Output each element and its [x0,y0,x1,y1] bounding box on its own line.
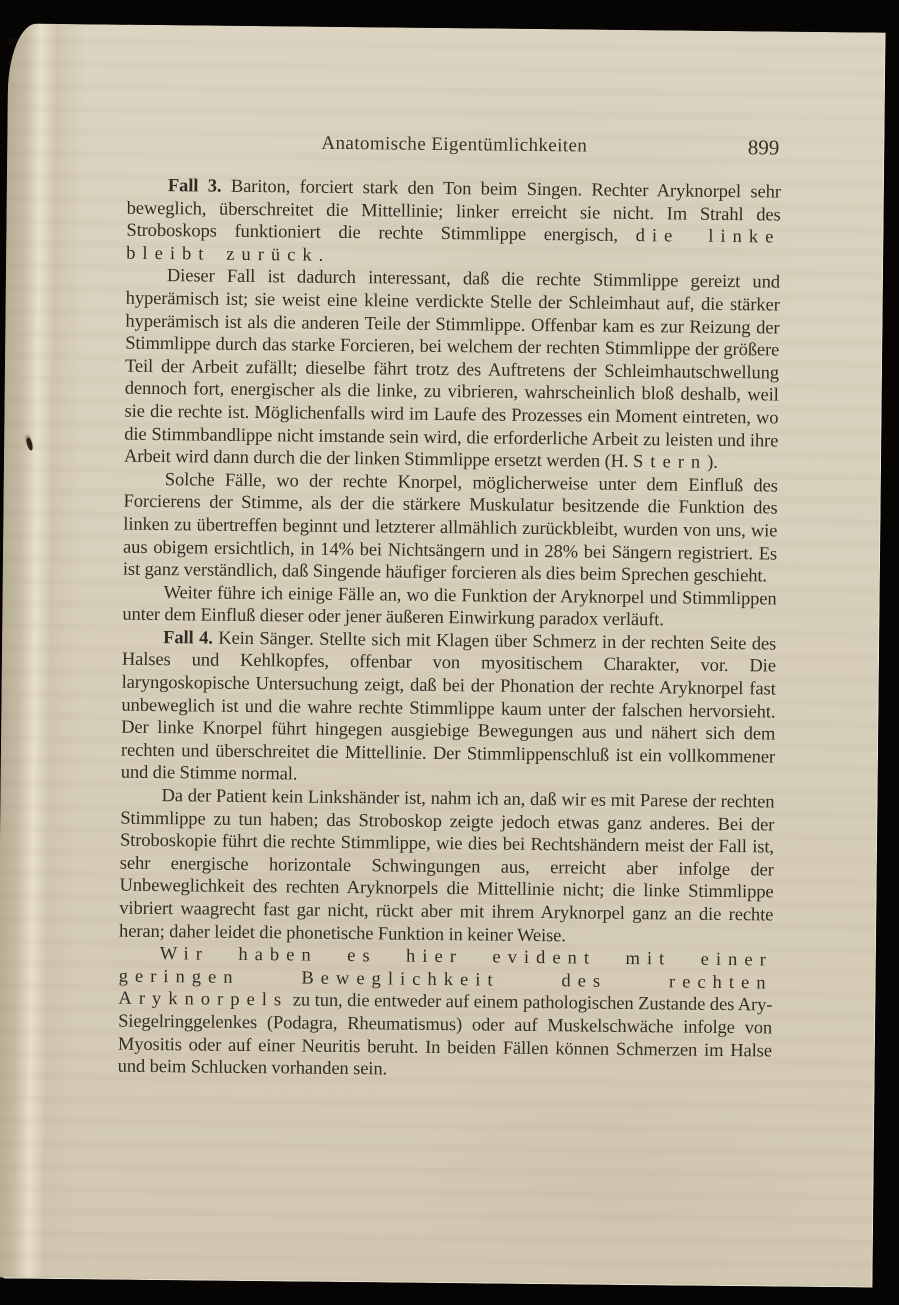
paragraph-fall-4: Fall 4. Kein Sänger. Stellte sich mit Kl… [121,627,777,792]
scan-background: Anatomische Eigentümlichkeiten 899 Fall … [0,0,899,1305]
page-number: 899 [748,135,780,160]
text-segment: Solche Fälle, wo der rechte Knorpel, mög… [123,470,778,587]
paragraph: Da der Patient kein Linkshänder ist, nah… [119,785,775,950]
text-segment: Weiter führe ich einige Fälle an, wo die… [122,583,776,631]
paragraph: Dieser Fall ist dadurch interessant, daß… [124,265,780,475]
paragraph: Wir haben es hier evident mit einer geri… [118,943,773,1085]
page-content: Anatomische Eigentümlichkeiten 899 Fall … [0,23,885,1286]
paragraph: Weiter führe ich einige Fälle an, wo die… [122,581,776,633]
running-title: Anatomische Eigentümlichkeiten [127,131,781,160]
paragraph-fall-3: Fall 3. Bariton, forciert stark den Ton … [126,175,781,272]
emphasized-name: Stern [633,452,707,473]
text-segment: Dieser Fall ist dadurch interessant, daß… [124,266,780,472]
book-page: Anatomische Eigentümlichkeiten 899 Fall … [0,23,886,1287]
case-heading: Fall 3. [168,176,222,197]
paragraph: Solche Fälle, wo der rechte Knorpel, mög… [123,468,778,588]
case-heading: Fall 4. [163,628,213,649]
text-segment: Kein Sänger. Stellte sich mit Klagen übe… [121,628,777,784]
page-header: Anatomische Eigentümlichkeiten 899 [127,131,781,168]
text-segment: Da der Patient kein Linkshänder ist, nah… [119,786,775,946]
text-segment: ). [707,453,718,473]
text-block: Fall 3. Bariton, forciert stark den Ton … [118,175,781,1086]
